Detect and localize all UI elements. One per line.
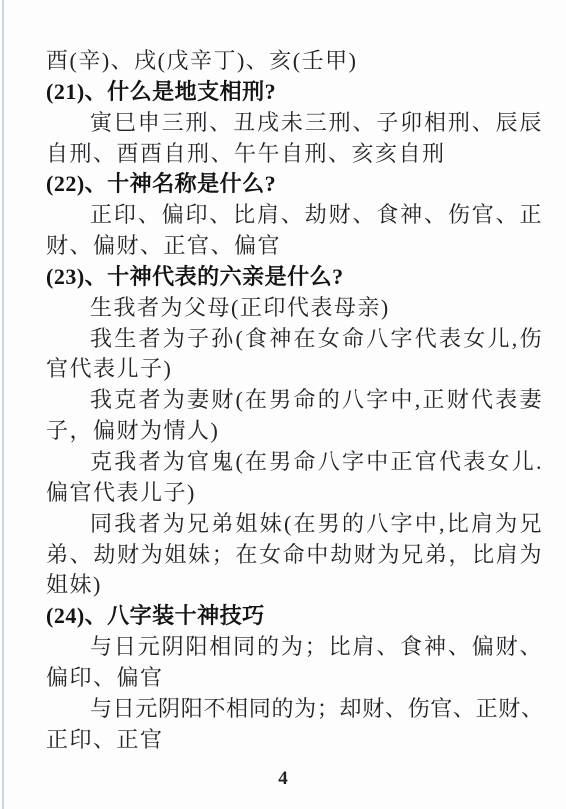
- page-left-edge-shadow: [2, 0, 4, 809]
- text-line: 子，偏财为情人): [46, 416, 543, 447]
- page-number: 4: [0, 768, 566, 790]
- text-line: 与日元阴阳不相同的为；却财、伤官、正财、: [46, 694, 543, 725]
- text-line: 正印、偏印、比肩、劫财、食神、伤官、正: [46, 200, 543, 231]
- question-heading-24: (24)、八字装十神技巧: [46, 601, 543, 632]
- text-line: 生我者为父母(正印代表母亲): [46, 293, 543, 324]
- question-heading-22: (22)、十神名称是什么?: [46, 169, 543, 200]
- question-heading-23: (23)、十神代表的六亲是什么?: [46, 262, 543, 293]
- question-heading-21: (21)、什么是地支相刑?: [46, 77, 543, 108]
- text-line: 酉(辛)、戌(戊辛丁)、亥(壬甲): [46, 46, 543, 77]
- text-line: 正印、正官: [46, 725, 543, 756]
- text-line: 我克者为妻财(在男命的八字中,正财代表妻: [46, 385, 543, 416]
- scanned-book-page: 酉(辛)、戌(戊辛丁)、亥(壬甲) (21)、什么是地支相刑? 寅巳申三刑、丑戌…: [0, 0, 566, 809]
- text-line: 寅巳申三刑、丑戌未三刑、子卯相刑、辰辰: [46, 108, 543, 139]
- text-line: 与日元阴阳相同的为；比肩、食神、偏财、: [46, 632, 543, 663]
- text-line: 偏官代表儿子): [46, 478, 543, 509]
- text-line: 姐妹): [46, 570, 543, 601]
- text-line: 同我者为兄弟姐妹(在男的八字中,比肩为兄: [46, 509, 543, 540]
- text-line: 我生者为子孙(食神在女命八字代表女儿,伤: [46, 324, 543, 355]
- text-line: 财、偏财、正官、偏官: [46, 231, 543, 262]
- text-line: 官代表儿子): [46, 354, 543, 385]
- page-text-block: 酉(辛)、戌(戊辛丁)、亥(壬甲) (21)、什么是地支相刑? 寅巳申三刑、丑戌…: [46, 46, 543, 755]
- text-line: 自刑、酉酉自刑、午午自刑、亥亥自刑: [46, 139, 543, 170]
- text-line: 克我者为官鬼(在男命八字中正官代表女儿.: [46, 447, 543, 478]
- text-line: 偏印、偏官: [46, 663, 543, 694]
- text-line: 弟、劫财为姐妹；在女命中劫财为兄弟，比肩为: [46, 540, 543, 571]
